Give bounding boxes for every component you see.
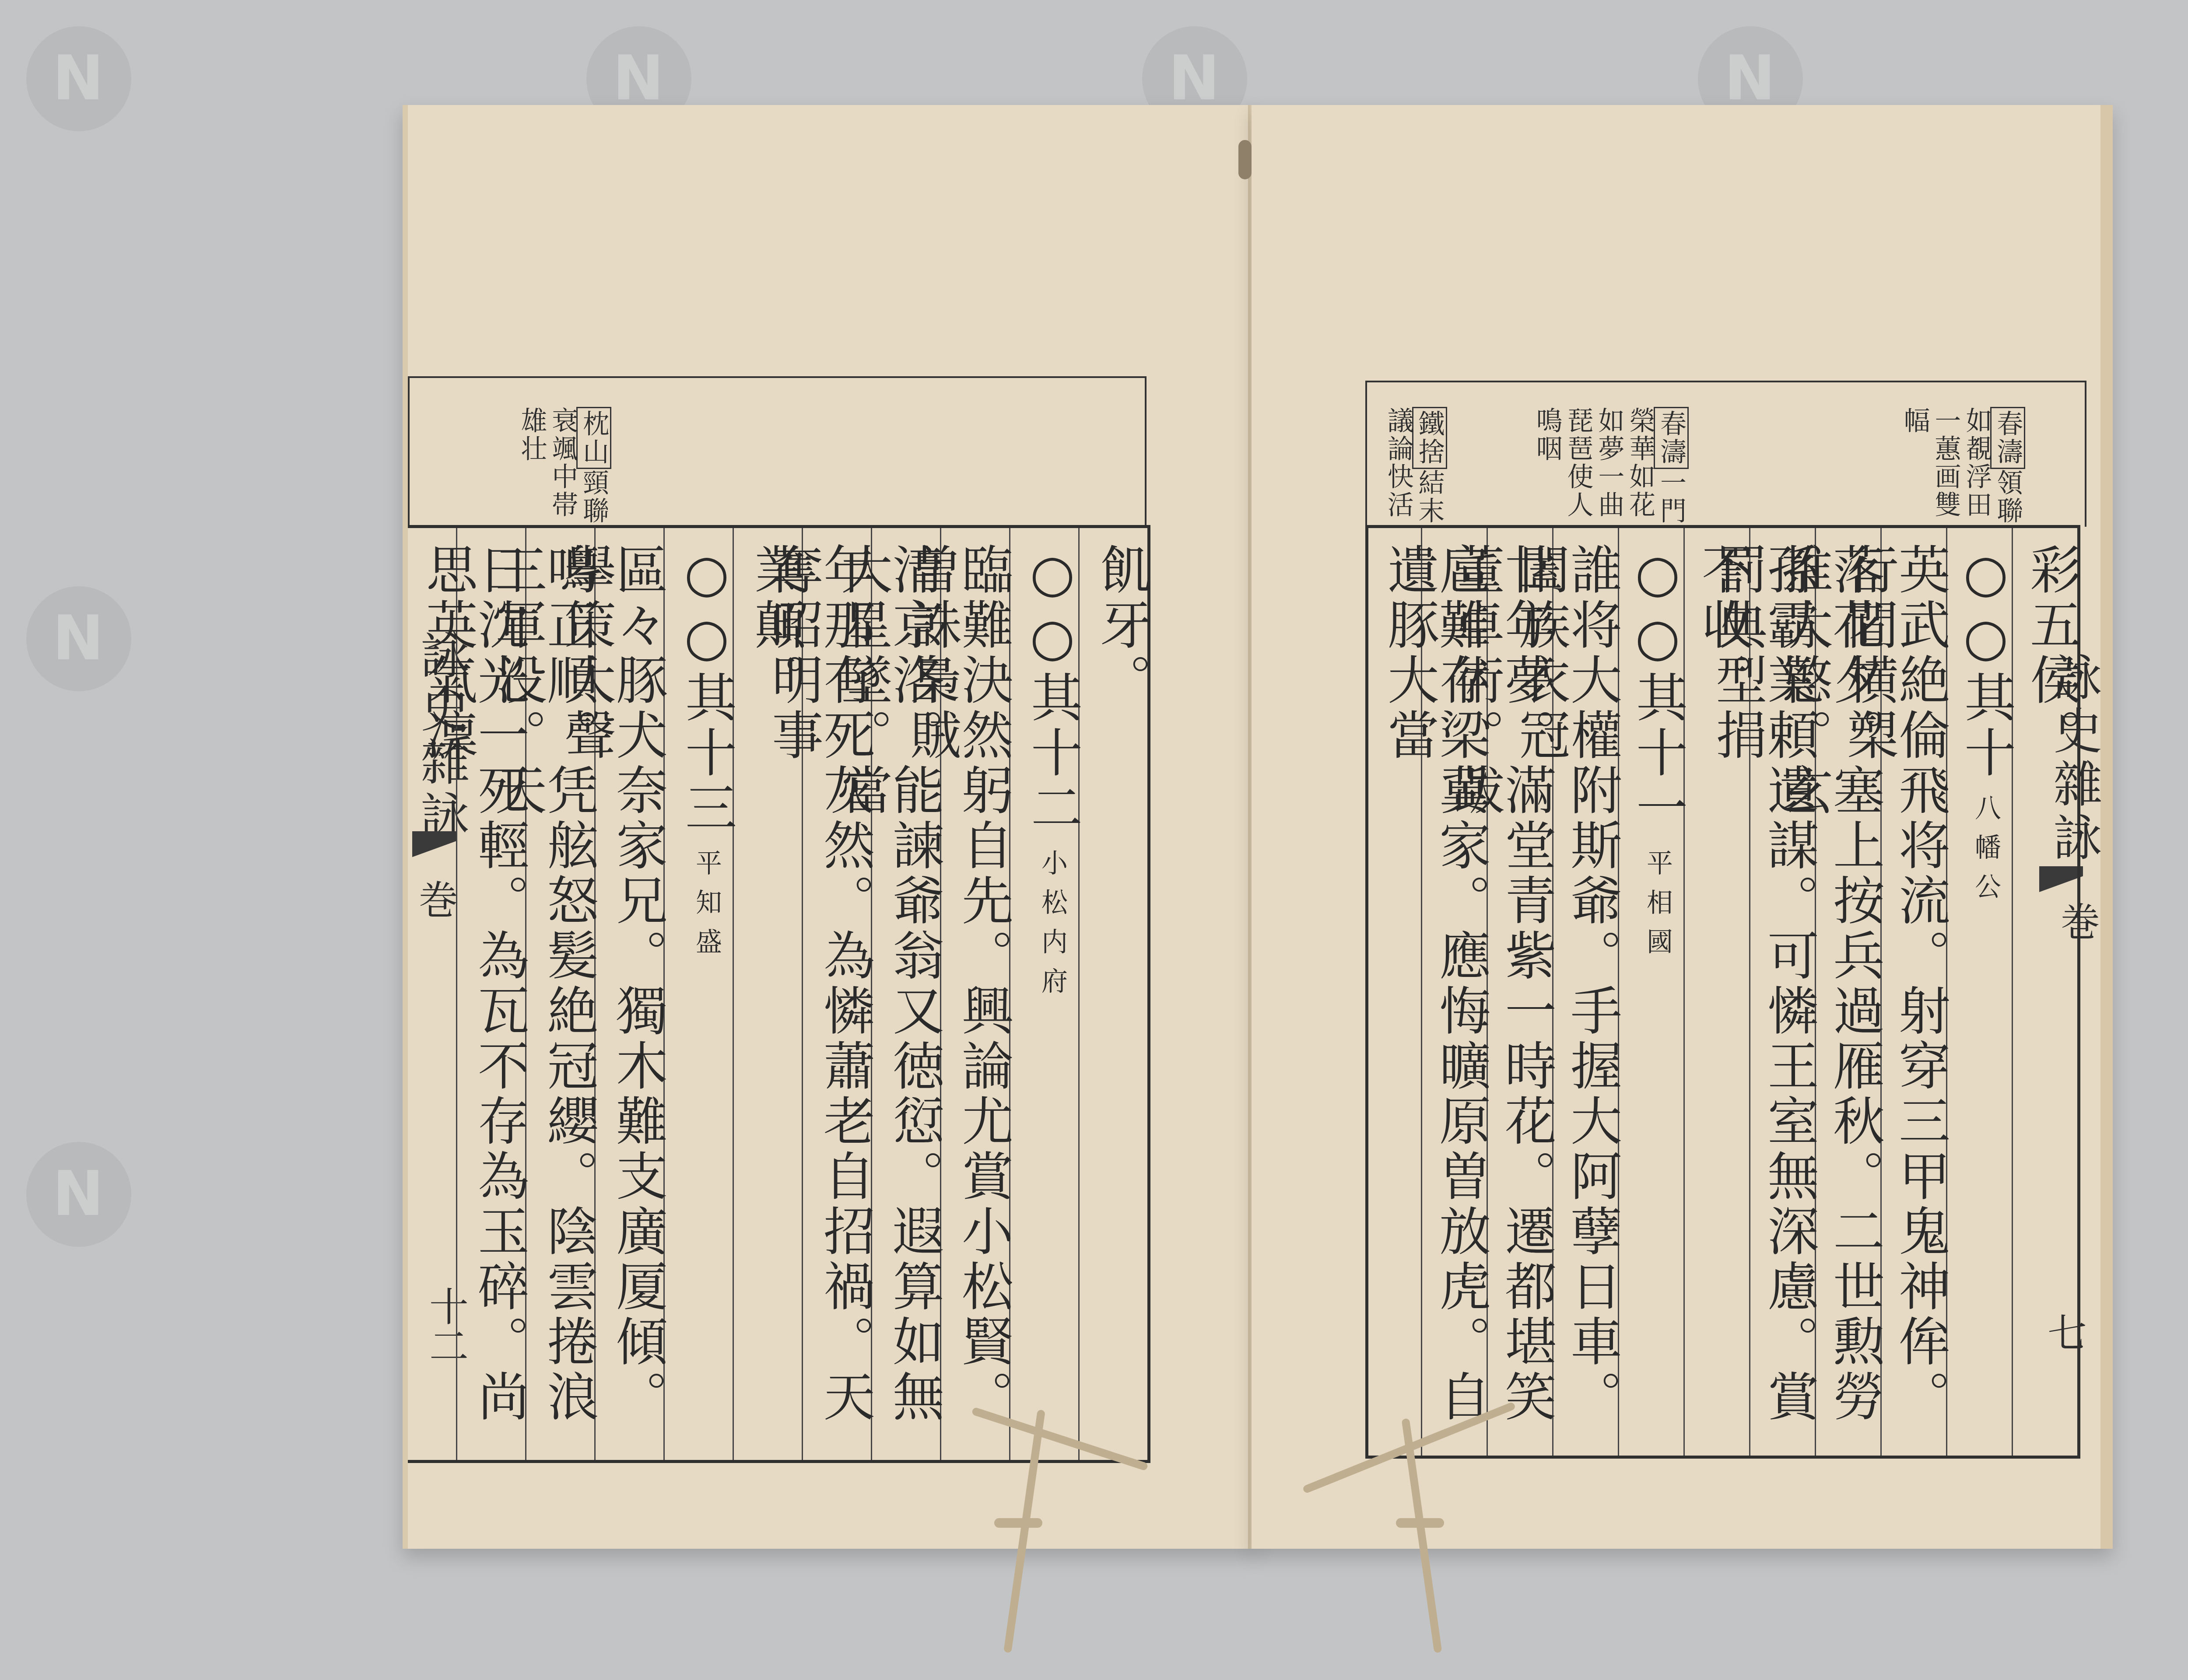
poem-column: 清京洛。能諫爺翁又徳愆。遐算如無大星墜。當 (871, 528, 940, 1460)
poem-heading: ○○其十一平相國 (1618, 528, 1683, 1456)
left-text-frame: 飢牙。 ○○其十二小松内府 臨難決然躬自先。興論尤賞小松賢。曽誅梟賊 清京洛。能… (408, 525, 1150, 1463)
wormhole-damage (1396, 1518, 1444, 1528)
watermark-logo: N (26, 1142, 131, 1247)
poem-heading: ○○其十三平知盛 (663, 528, 733, 1460)
left-header-note: 枕山頸聯衰颯中帯雄壮 (516, 407, 609, 538)
poem-column: 誰将大權附斯爺。手握大阿孽日車。闔族衣冠 (1552, 528, 1618, 1456)
poem-column: 落花夕。塞上按兵過雁秋。二世勲勞推大慜。玄 (1815, 528, 1880, 1456)
poem-heading: ○○其十二小松内府 (1009, 528, 1078, 1460)
poem-column: 日沈光一死輕。為瓦不存為玉碎。尚思英氣凜 (456, 528, 525, 1460)
poem-column: 彩五侯。 (2012, 528, 2077, 1456)
watermark-logo: N (26, 26, 131, 131)
poem-column: 孫霸業頼遺謀。可憐王室無深慮。賞罰典型捐 (1749, 528, 1815, 1456)
right-header-note: 鐵捨結末議論快活 (1383, 407, 1445, 538)
left-page: 枕山頸聯衰颯中帯雄壮 詠史雜詠 巻 十二 飢牙。 ○○其十二小松内府 臨難決然躬… (403, 105, 1257, 1549)
right-text-frame: 彩五侯。 ○○其十八幡公 英武絶倫飛将流。射穿三甲鬼神侔。行間横槊 落花夕。塞上… (1365, 525, 2080, 1459)
poem-column: 扈難存梁冀家。應悔曠原曽放虎。自遺豚大當 (1421, 528, 1487, 1456)
poem-column: 不收。 (1683, 528, 1749, 1456)
wormhole-damage (994, 1518, 1042, 1528)
right-header-note: 春濤一門榮華如花如夢一曲琵琶使人鳴咽 (1532, 407, 1687, 538)
poem-column: 鳴正順。凭舷怒髪絶冠纓。陰雲捲浪三軍没。天 (525, 528, 594, 1460)
wormhole-damage (1238, 140, 1252, 179)
poem-column: 年那有死灰然。為憐蕭老自招禍。天奪昭明事 (802, 528, 871, 1460)
poem-column: 英武絶倫飛将流。射穿三甲鬼神侔。行間横槊 (1880, 528, 1946, 1456)
poem-column: 臨難決然躬自先。興論尤賞小松賢。曽誅梟賊 (940, 528, 1009, 1460)
right-page: 春濤領聯如覩浮田一蕙画雙幅 春濤一門榮華如花如夢一曲琵琶使人鳴咽 鐵捨結末議論快… (1252, 105, 2113, 1549)
poem-heading: ○○其十八幡公 (1946, 528, 2012, 1456)
right-header-note: 春濤領聯如覩浮田一蕙画雙幅 (1899, 407, 2023, 538)
poem-column: 飢牙。 (1078, 528, 1147, 1460)
watermark-logo: N (26, 586, 131, 691)
poem-column: 區々豚犬奈家兄。獨木難支廣厦傾。擧策大聲 (594, 528, 663, 1460)
poem-column: 廿年夢。滿堂青紫一時花。遷都堪笑董卓術。跋 (1487, 528, 1552, 1456)
poem-column: 業顛。 (733, 528, 802, 1460)
